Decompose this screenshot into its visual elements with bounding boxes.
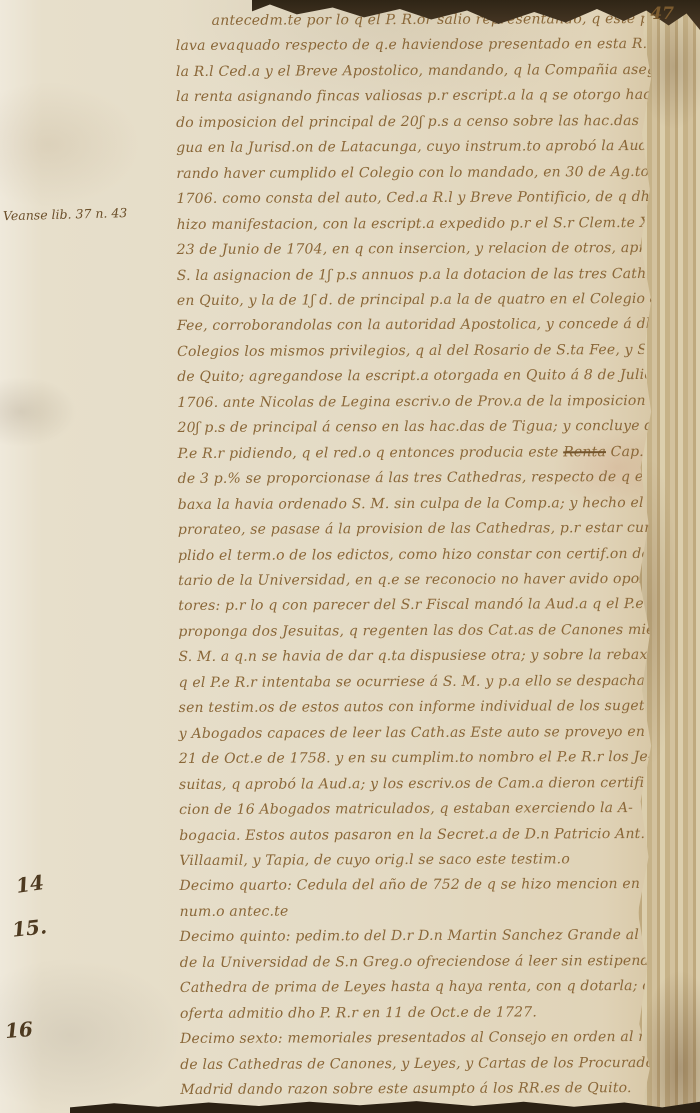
manuscript-line: suitas, q aprobó la Aud.a; y los escriv.… [179,771,647,798]
manuscript-line: Decimo quarto: Cedula del año de 752 de … [179,872,647,899]
manuscript-line: do imposicion del principal de 20ʃ p.s a… [176,109,644,136]
manuscript-line: de Quito; agregandose la escript.a otorg… [177,363,645,390]
margin-note: Veanse lib. 37 n. 43 [3,205,179,224]
manuscript-line: Madrid dando razon sobre este asumpto á … [180,1076,648,1103]
manuscript-page: 47 Veanse lib. 37 n. 43 14 15. 16 antece… [0,0,700,1113]
manuscript-line: 1706. ante Nicolas de Legina escriv.o de… [177,389,645,416]
manuscript-text: antecedm.te por lo q el P. R.or salio re… [176,7,649,1104]
manuscript-line: prorateo, se pasase á la provision de la… [178,516,646,543]
manuscript-line: S. M. a q.n se havia de dar q.ta dispusi… [178,643,646,670]
manuscript-line: S. la asignacion de 1ʃ p.s annuos p.a la… [177,262,645,289]
manuscript-line: plido el term.o de los edictos, como hiz… [178,541,646,568]
manuscript-line: tario de la Universidad, en q.e se recon… [178,567,646,594]
manuscript-line: proponga dos Jesuitas, q regenten las do… [178,618,646,645]
manuscript-line: 23 de Junio de 1704, en q con insercion,… [177,236,645,263]
manuscript-line: la renta asignando fincas valiosas p.r e… [176,83,644,110]
margin-item-number: 16 [4,1017,34,1043]
manuscript-line: Cathedra de prima de Leyes hasta q haya … [180,974,648,1001]
manuscript-line: Fee, corroborandolas con la autoridad Ap… [177,312,645,339]
manuscript-line: P.e R.r pidiendo, q el red.o q entonces … [178,440,646,467]
manuscript-line: Colegios los mismos privilegios, q al de… [177,338,645,365]
page-number: 47 [650,4,674,24]
manuscript-line: de las Cathedras de Canones, y Leyes, y … [180,1051,648,1078]
manuscript-line: q el P.e R.r intentaba se ocurriese á S.… [179,669,647,696]
manuscript-line: bogacia. Estos autos pasaron en la Secre… [179,821,647,848]
manuscript-line: 20ʃ p.s de principal á censo en las hac.… [177,414,645,441]
manuscript-line: 21 de Oct.e de 1758. y en su cumplim.to … [179,745,647,772]
margin-item-number: 14 [14,870,45,898]
manuscript-line: gua en la Jurisd.on de Latacunga, cuyo i… [176,134,644,161]
manuscript-line: y Abogados capaces de leer las Cath.as E… [179,720,647,747]
manuscript-line: en Quito, y la de 1ʃ d. de principal p.a… [177,287,645,314]
manuscript-line: la R.l Ced.a y el Breve Apostolico, mand… [176,58,644,85]
margin-item-number: 15. [11,914,48,942]
manuscript-line: 1706. como consta del auto, Ced.a R.l y … [176,185,644,212]
manuscript-line: Decimo sexto: memoriales presentados al … [180,1025,648,1052]
manuscript-line: rando haver cumplido el Colegio con lo m… [176,160,644,187]
manuscript-line: Decimo quinto: pedim.to del D.r D.n Mart… [180,923,648,950]
manuscript-line: lava evaquado respecto de q.e haviendose… [176,32,644,59]
manuscript-line: Villaamil, y Tapia, de cuyo orig.l se sa… [179,847,647,874]
manuscript-line: tores: p.r lo q con parecer del S.r Fisc… [178,592,646,619]
struck-word: Renta [563,444,606,460]
manuscript-line: sen testim.os de estos autos con informe… [179,694,647,721]
manuscript-line: de la Universidad de S.n Greg.o ofrecien… [180,949,648,976]
manuscript-line: de 3 p.% se proporcionase á las tres Cat… [178,465,646,492]
manuscript-line: baxa la havia ordenado S. M. sin culpa d… [178,491,646,518]
manuscript-line: num.o antec.te [180,898,648,925]
manuscript-line: hizo manifestacion, con la escript.a exp… [177,211,645,238]
manuscript-line: oferta admitio dho P. R.r en 11 de Oct.e… [180,1000,648,1027]
manuscript-line: cion de 16 Abogados matriculados, q esta… [179,796,647,823]
